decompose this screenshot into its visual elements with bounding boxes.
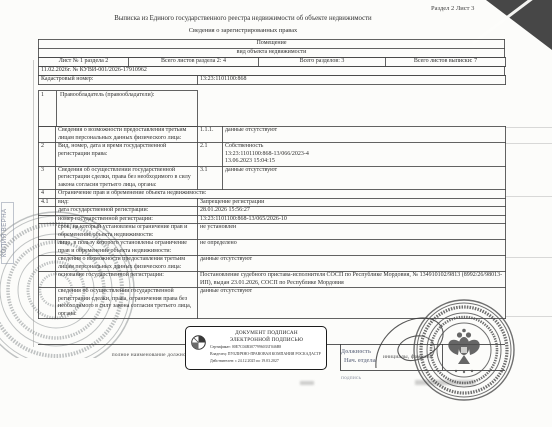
table-row: лицо, в пользу которого установлены огра… — [39, 240, 506, 256]
esign-title-line1: ДОКУМЕНТ ПОДПИСАН — [210, 330, 323, 337]
row-label: Вид, номер, дата и время государственной… — [56, 143, 198, 167]
row-number: 4.1 — [39, 198, 56, 207]
row-number — [39, 127, 56, 143]
object-type-value: Помещение — [39, 40, 505, 49]
row-number — [39, 272, 56, 288]
row-number — [39, 240, 56, 256]
rights-table: Сведения о возможности предоставления тр… — [38, 126, 506, 319]
object-type-table: Помещение вид объекта недвижимости — [38, 39, 505, 58]
owner-row: 1 Правообладатель (правообладатели): — [38, 90, 198, 127]
table-row: срок, на который установлены ограничение… — [39, 224, 506, 240]
table-row: основание государственной регистрации: П… — [39, 272, 506, 288]
row-value: не установлен — [198, 224, 506, 240]
roskadastr-logo-icon — [191, 335, 206, 350]
row-label: вид: — [56, 198, 198, 207]
table-row: 4 Ограничение прав и обременение объекта… — [39, 190, 506, 199]
cadastral-label: Кадастровый номер: — [39, 76, 198, 85]
row-label: сведения о возможности предоставления тр… — [56, 256, 198, 272]
row-label: Сведения об осуществлении государственно… — [56, 166, 198, 190]
row-number: 4 — [39, 190, 56, 199]
row-label: лицо, в пользу которого установлены огра… — [56, 240, 198, 256]
esign-title-line2: ЭЛЕКТРОННОЙ ПОДПИСЬЮ — [210, 337, 323, 344]
signature-divider — [340, 344, 341, 370]
scan-ghost-line — [505, 196, 552, 197]
table-row: 3 Сведения об осуществлении государствен… — [39, 166, 506, 190]
row-subnumber: 3.1 — [198, 166, 223, 190]
row-number: 2 — [39, 143, 56, 167]
row-label: основание государственной регистрации: — [56, 272, 198, 288]
esign-owner: Владелец: ПУБЛИЧНО-ПРАВОВАЯ КОМПАНИЯ РОС… — [210, 352, 323, 357]
scan-ghost-line — [505, 143, 552, 144]
esign-certificate: Сертификат: 00Е7С04В3077996033Г046В8 — [210, 345, 323, 350]
signature-caption: подпись — [341, 375, 361, 381]
row-number — [39, 288, 56, 319]
row-label: Ограничение прав и обременение объекта н… — [56, 190, 506, 199]
cadastral-table: Кадастровый номер: 13:23:1101100:868 — [38, 75, 506, 85]
owner-row-number: 1 — [39, 91, 57, 126]
row-label: дата государственной регистрации: — [56, 207, 198, 216]
row-value: данные отсутствуют — [223, 127, 506, 143]
esign-stamp: ДОКУМЕНТ ПОДПИСАН ЭЛЕКТРОННОЙ ПОДПИСЬЮ С… — [185, 326, 327, 370]
row-number — [39, 224, 56, 240]
coat-of-arms-stamp-icon — [412, 298, 516, 402]
faint-stamp-smudge — [300, 381, 314, 385]
row-subnumber: 2.1 — [198, 143, 223, 167]
row-value: данные отсутствуют — [223, 166, 506, 190]
row-number — [39, 215, 56, 224]
table-row: номер государственной регистрации: 13:23… — [39, 215, 506, 224]
row-value: Запрещение регистрации — [198, 198, 506, 207]
row-value: 13:23:1101100:868-13/065/2026-10 — [198, 215, 506, 224]
row-label: Сведения о возможности предоставления тр… — [56, 127, 198, 143]
table-row: дата государственной регистрации: 28.01.… — [39, 207, 506, 216]
table-row: Сведения о возможности предоставления тр… — [39, 127, 506, 143]
section-sheet-label: Раздел 2 Лист 3 — [431, 5, 474, 12]
row-subnumber: 1.1.1. — [198, 127, 223, 143]
table-row: 4.1 вид: Запрещение регистрации — [39, 198, 506, 207]
row-label: номер государственной регистрации: — [56, 215, 198, 224]
cadastral-number: 13:23:1101100:868 — [198, 76, 506, 85]
document-title: Выписка из Единого государственного реес… — [0, 15, 486, 22]
scan-ghost-line — [505, 257, 552, 258]
esign-validity: Действителен: с 24.12.2025 по 19.03.2027 — [210, 359, 323, 364]
row-value: не определено — [198, 240, 506, 256]
row-number — [39, 207, 56, 216]
owner-row-label: Правообладатель (правообладатели): — [57, 91, 197, 126]
document-subtitle: Сведения о зарегистрированных правах — [0, 27, 486, 34]
row-number: 3 — [39, 166, 56, 190]
table-row: сведения о возможности предоставления тр… — [39, 256, 506, 272]
row-value: данные отсутствуют — [198, 256, 506, 272]
row-number — [39, 256, 56, 272]
row-label: срок, на который установлены ограничение… — [56, 224, 198, 240]
row-value: 28.01.2026 15:56:27 — [198, 207, 506, 216]
scan-ghost-line — [505, 127, 552, 128]
row-value: Собственность 13:23:1101100:868-13/066/2… — [223, 143, 506, 167]
row-label: сведения об осуществлении государственно… — [56, 288, 198, 319]
row-value: Постановление судебного пристава-исполни… — [198, 272, 506, 288]
table-row: 2 Вид, номер, дата и время государственн… — [39, 143, 506, 167]
document-body: Помещение вид объекта недвижимости Лист … — [38, 40, 505, 319]
overlay-stamp-position: Должность — [341, 349, 371, 355]
